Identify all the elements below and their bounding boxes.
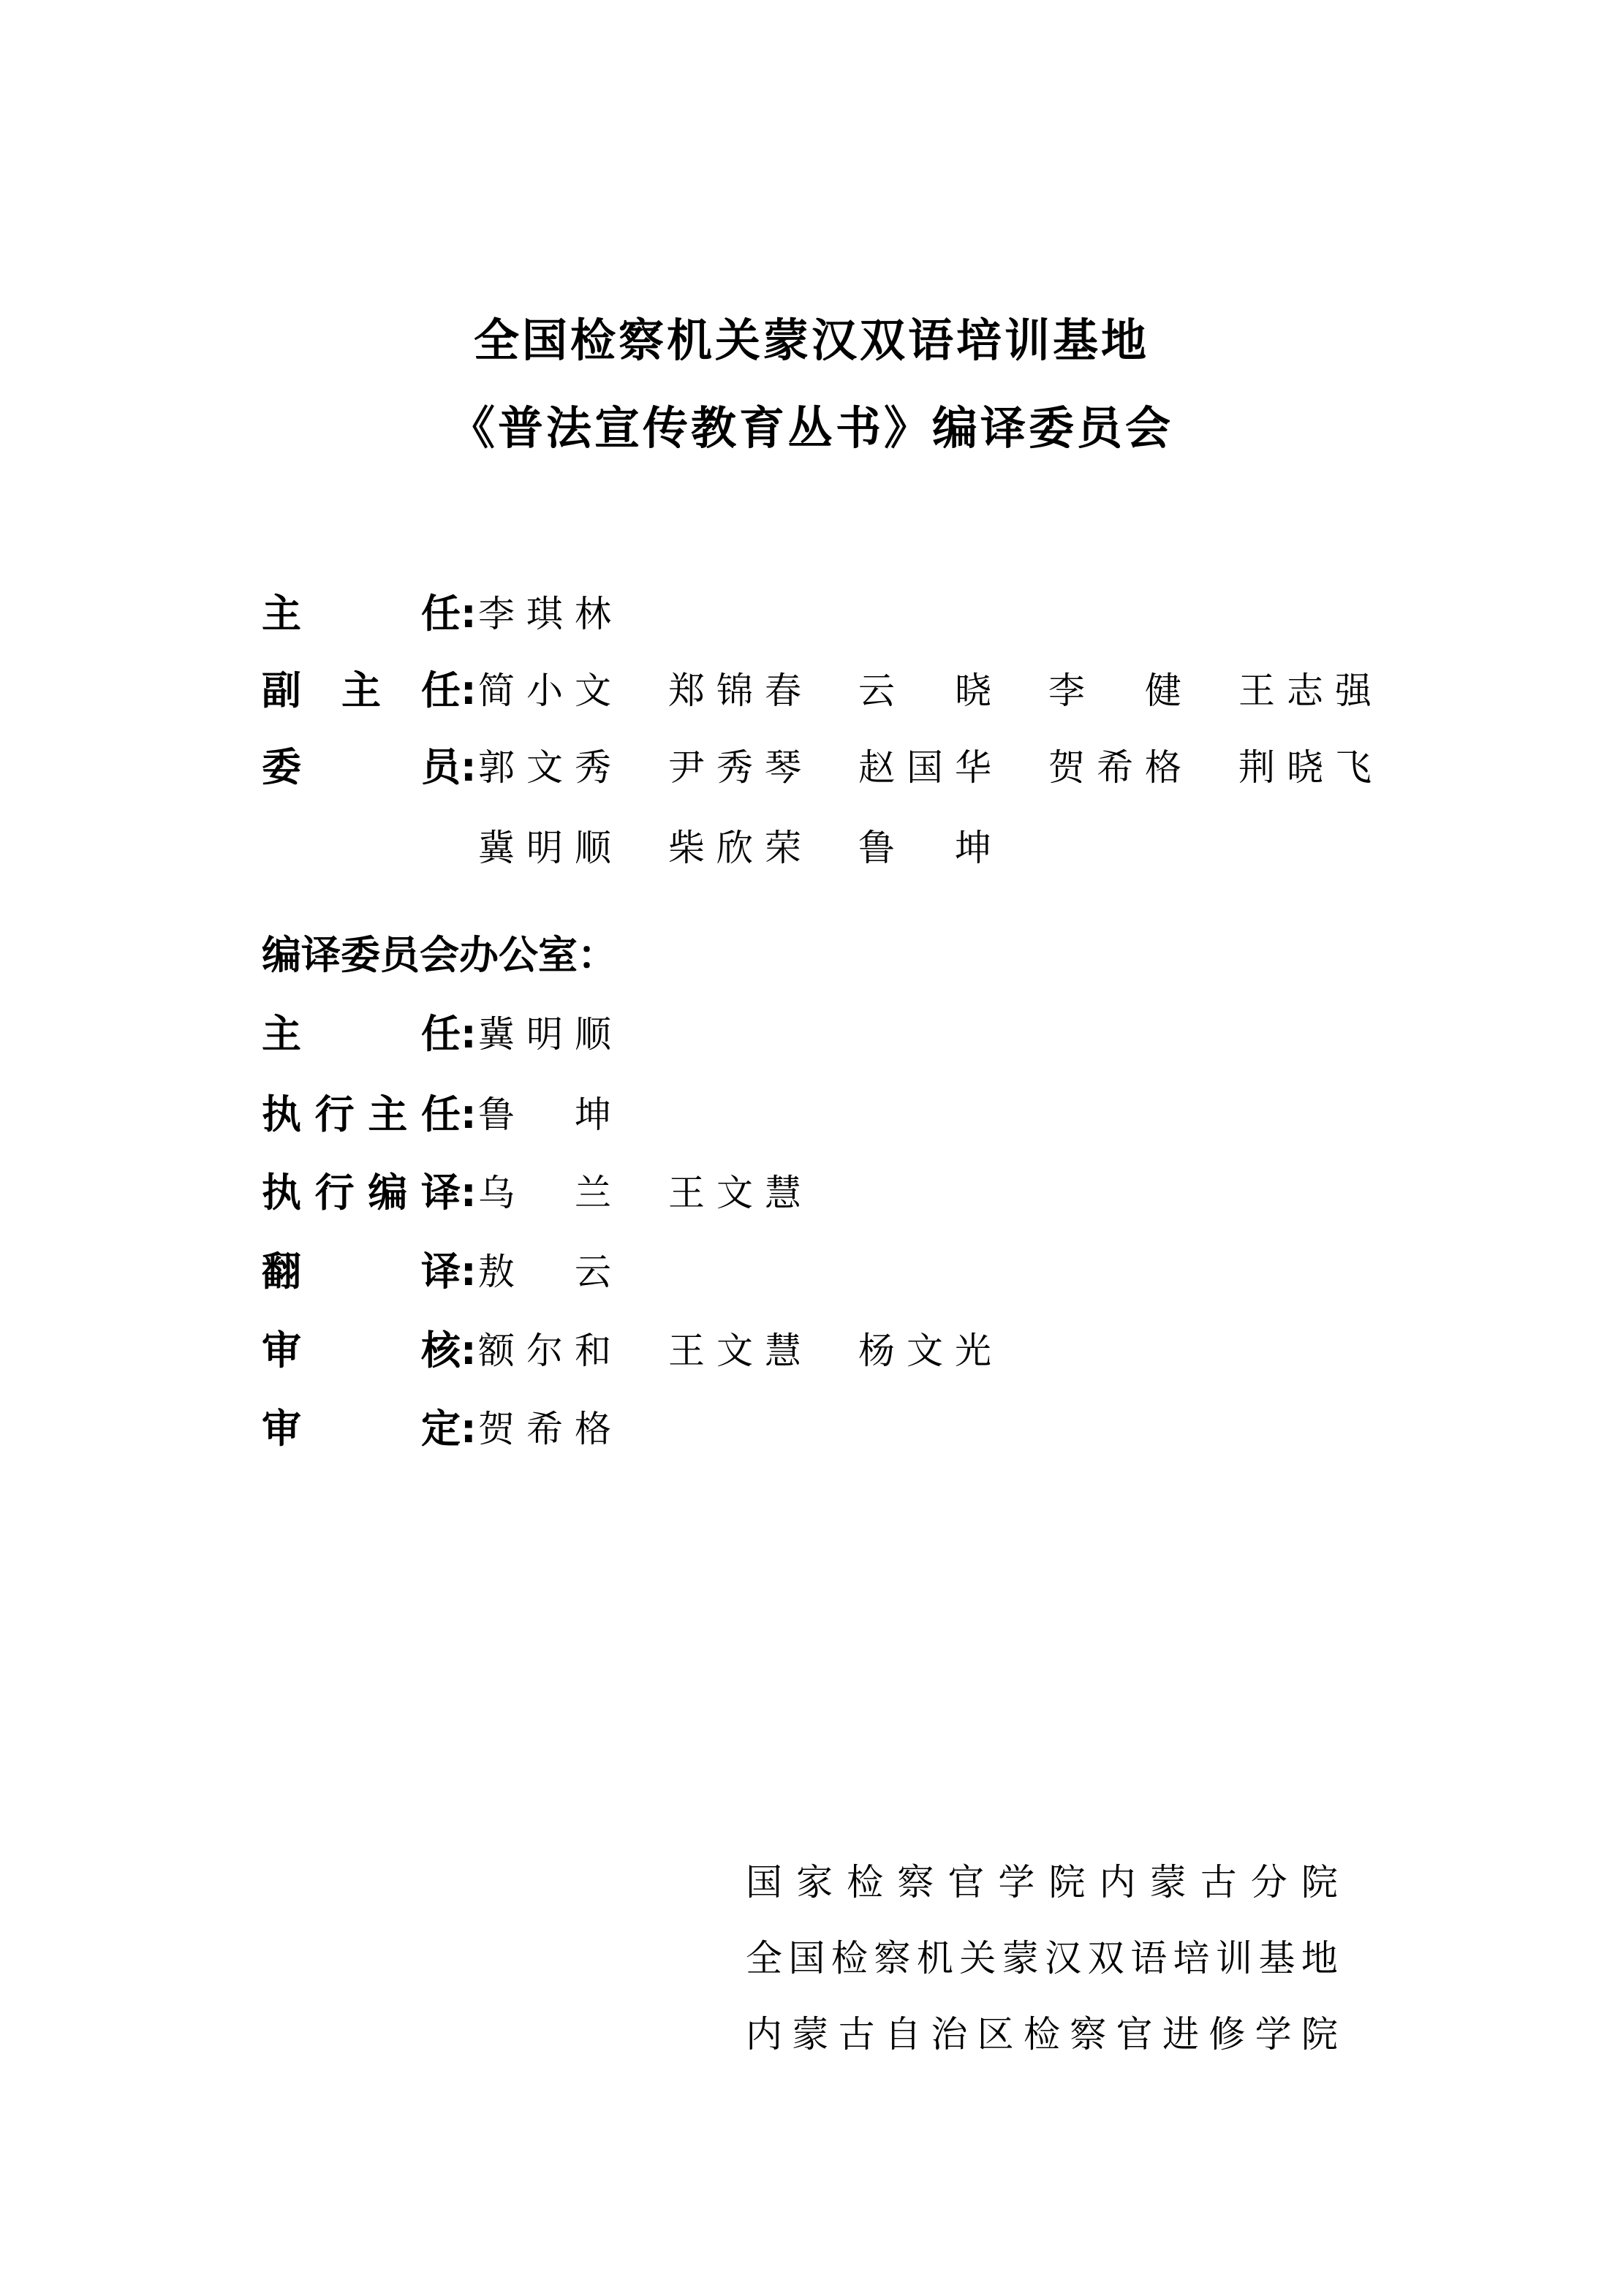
- name-char: 希: [526, 1411, 575, 1447]
- name-char: 文: [716, 1175, 765, 1211]
- name-char: 鲁: [858, 830, 907, 866]
- name-char: 国: [907, 749, 955, 786]
- role-label-char: 行: [315, 1095, 355, 1134]
- colon: :: [461, 1331, 478, 1371]
- role-label-char: 任: [421, 671, 461, 711]
- name-char: 鲁: [478, 1096, 526, 1133]
- name-list: 敖云: [478, 1254, 668, 1290]
- person-name: 王志强: [1238, 672, 1429, 709]
- name-char: 飞: [1335, 749, 1383, 786]
- person-name: 郑锦春: [668, 672, 858, 709]
- colon: :: [461, 748, 478, 787]
- role-label-char: 执: [262, 1095, 301, 1134]
- name-char: 郭: [478, 749, 526, 786]
- person-name: 乌兰: [478, 1175, 668, 1211]
- role-label-char: 委: [262, 748, 301, 787]
- name-char: 格: [1145, 749, 1193, 786]
- name-char: 李: [478, 596, 526, 632]
- publisher-char: 自: [885, 2016, 921, 2053]
- person-name: 荆晓飞: [1238, 749, 1429, 786]
- role-label-char: 员: [421, 748, 461, 787]
- publisher-char: 检: [847, 1864, 883, 1901]
- person-name: 尹秀琴: [668, 749, 858, 786]
- publisher-char: 院: [1048, 1864, 1085, 1901]
- publisher-char: 内: [1100, 1864, 1136, 1901]
- role-label: 委员: [262, 748, 461, 787]
- publisher-char: 院: [1301, 2016, 1338, 2053]
- role-label: 副主任: [262, 671, 461, 711]
- name-char: 兰: [575, 1175, 623, 1211]
- person-name: 杨文光: [858, 1333, 1048, 1369]
- role-label: 审定: [262, 1409, 461, 1449]
- publisher-char: 学: [1255, 2016, 1292, 2053]
- name-char: 冀: [478, 1016, 526, 1053]
- role-label-char: 编: [368, 1173, 407, 1213]
- publisher-char: 古: [839, 2016, 875, 2053]
- name-char: 锦: [716, 672, 765, 709]
- name-char: 欣: [716, 830, 765, 866]
- role-label-char: 翻: [262, 1252, 301, 1292]
- name-char: 小: [526, 672, 575, 709]
- name-list: 乌兰王文慧: [478, 1175, 858, 1211]
- name-char: 文: [716, 1333, 765, 1369]
- name-char: 荣: [765, 830, 813, 866]
- person-name: 柴欣荣: [668, 830, 858, 866]
- name-char: 赵: [858, 749, 907, 786]
- publisher-char: 培: [1173, 1940, 1210, 1977]
- publisher-char: 院: [1301, 1864, 1338, 1901]
- name-char: 敖: [478, 1254, 526, 1290]
- name-char: 冀: [478, 830, 526, 866]
- person-name: 简小文: [478, 672, 668, 709]
- person-name: 贺希格: [478, 1411, 668, 1447]
- name-char: 明: [526, 1016, 575, 1053]
- publisher-line: 国家检察官学院内蒙古分院: [746, 1864, 1338, 1901]
- role-label-char: 主: [368, 1095, 407, 1134]
- person-name: 云晓: [858, 672, 1048, 709]
- name-list: 额尔和王文慧杨文光: [478, 1333, 1048, 1369]
- name-list: 冀明顺柴欣荣鲁坤: [478, 830, 1048, 866]
- name-char: 云: [575, 1254, 623, 1290]
- publisher-char: 蒙: [792, 2016, 828, 2053]
- colon: :: [461, 1173, 478, 1213]
- name-char: 荆: [1238, 749, 1287, 786]
- credit-row: 冀明顺柴欣荣鲁坤: [262, 822, 1048, 874]
- role-label-char: 主: [262, 594, 301, 634]
- publisher-char: 蒙: [1002, 1940, 1039, 1977]
- person-name: 敖云: [478, 1254, 668, 1290]
- name-char: 坤: [575, 1096, 623, 1133]
- publisher-char: 关: [959, 1940, 996, 1977]
- name-char: 坤: [955, 830, 1003, 866]
- name-char: 健: [1145, 672, 1193, 709]
- publisher-char: 官: [947, 1864, 984, 1901]
- role-label: 执行主任: [262, 1095, 461, 1134]
- role-label-char: 主: [262, 1015, 301, 1054]
- role-label-char: 任: [421, 594, 461, 634]
- publisher-char: 家: [796, 1864, 833, 1901]
- name-char: 格: [575, 1411, 623, 1447]
- person-name: 郭文秀: [478, 749, 668, 786]
- name-char: 云: [858, 672, 907, 709]
- person-name: 王文慧: [668, 1333, 858, 1369]
- publisher-char: 蒙: [1150, 1864, 1187, 1901]
- colon: :: [461, 1095, 478, 1134]
- person-name: 李琪林: [478, 596, 668, 632]
- publisher-char: 察: [874, 1940, 910, 1977]
- role-label: 主任: [262, 594, 461, 634]
- name-char: 顺: [575, 1016, 623, 1053]
- name-char: 贺: [1048, 749, 1097, 786]
- colon: :: [461, 671, 478, 711]
- name-char: 顺: [575, 830, 623, 866]
- name-char: 希: [1097, 749, 1145, 786]
- role-label-char: 执: [262, 1173, 301, 1213]
- publisher-char: 机: [917, 1940, 953, 1977]
- publisher-char: 汉: [1045, 1940, 1081, 1977]
- role-label-char: 副: [262, 671, 301, 711]
- name-char: 林: [575, 596, 623, 632]
- publisher-char: 进: [1162, 2016, 1199, 2053]
- role-label-char: 主: [341, 671, 381, 711]
- name-char: 晓: [1287, 749, 1335, 786]
- role-label-char: 任: [421, 1095, 461, 1134]
- person-name: 冀明顺: [478, 830, 668, 866]
- name-char: 乌: [478, 1175, 526, 1211]
- name-char: 贺: [478, 1411, 526, 1447]
- credit-row: 审核:额尔和王文慧杨文光: [262, 1325, 1048, 1376]
- name-char: 李: [1048, 672, 1097, 709]
- credit-row: 翻译:敖云: [262, 1246, 668, 1297]
- role-label-char: 核: [421, 1331, 461, 1371]
- name-char: 琪: [526, 596, 575, 632]
- publisher-char: 治: [931, 2016, 967, 2053]
- name-list: 冀明顺: [478, 1016, 668, 1053]
- publisher-char: 双: [1088, 1940, 1124, 1977]
- role-label-char: 译: [421, 1252, 461, 1292]
- credit-row: 主任:冀明顺: [262, 1009, 668, 1060]
- publisher-char: 区: [977, 2016, 1014, 2053]
- publisher-char: 修: [1208, 2016, 1245, 2053]
- person-name: 鲁坤: [478, 1096, 668, 1133]
- name-list: 鲁坤: [478, 1096, 668, 1133]
- name-char: 秀: [716, 749, 765, 786]
- publisher-char: 察: [897, 1864, 934, 1901]
- credit-row: 副主任:简小文郑锦春云晓李健王志强: [262, 665, 1429, 716]
- publisher-char: 检: [831, 1940, 868, 1977]
- name-char: 王: [668, 1175, 716, 1211]
- name-char: 王: [668, 1333, 716, 1369]
- publisher-char: 分: [1251, 1864, 1287, 1901]
- name-char: 额: [478, 1333, 526, 1369]
- publisher-char: 语: [1130, 1940, 1167, 1977]
- publisher-char: 基: [1258, 1940, 1295, 1977]
- credit-row: 执行编译:乌兰王文慧: [262, 1167, 858, 1219]
- publisher-char: 全: [746, 1940, 782, 1977]
- name-char: 尹: [668, 749, 716, 786]
- title-line-1: 全国检察机关蒙汉双语培训基地: [0, 318, 1623, 363]
- name-char: 华: [955, 749, 1003, 786]
- colon: :: [461, 594, 478, 634]
- publisher-line: 内蒙古自治区检察官进修学院: [746, 2016, 1338, 2053]
- publisher-char: 检: [1024, 2016, 1060, 2053]
- role-label-char: 审: [262, 1409, 301, 1449]
- name-char: 简: [478, 672, 526, 709]
- publisher-char: 古: [1200, 1864, 1237, 1901]
- person-name: 鲁坤: [858, 830, 1048, 866]
- name-char: 光: [955, 1333, 1003, 1369]
- role-label-char: 行: [315, 1173, 355, 1213]
- role-label: 审核: [262, 1331, 461, 1371]
- colon: :: [461, 1252, 478, 1292]
- name-char: 秀: [575, 749, 623, 786]
- publisher-char: 官: [1116, 2016, 1153, 2053]
- publisher-char: 国: [746, 1864, 782, 1901]
- person-name: 王文慧: [668, 1175, 858, 1211]
- name-list: 李琪林: [478, 596, 668, 632]
- credit-row: 委员:郭文秀尹秀琴赵国华贺希格荆晓飞: [262, 742, 1429, 793]
- colon: :: [461, 1409, 478, 1449]
- role-label: 主任: [262, 1015, 461, 1054]
- role-label-char: 任: [421, 1015, 461, 1054]
- publisher-char: 国: [788, 1940, 825, 1977]
- person-name: 李健: [1048, 672, 1238, 709]
- name-char: 晓: [955, 672, 1003, 709]
- name-char: 慧: [765, 1175, 813, 1211]
- publisher-line: 全国检察机关蒙汉双语培训基地: [746, 1940, 1338, 1977]
- name-char: 文: [907, 1333, 955, 1369]
- name-char: 郑: [668, 672, 716, 709]
- publisher-char: 察: [1070, 2016, 1106, 2053]
- name-char: 文: [575, 672, 623, 709]
- role-label: 翻译: [262, 1252, 461, 1292]
- name-char: 明: [526, 830, 575, 866]
- name-char: 琴: [765, 749, 813, 786]
- name-char: 和: [575, 1333, 623, 1369]
- name-char: 志: [1287, 672, 1335, 709]
- role-label: 执行编译: [262, 1173, 461, 1213]
- name-char: 柴: [668, 830, 716, 866]
- role-label-char: 定: [421, 1409, 461, 1449]
- credit-row: 主任:李琪林: [262, 588, 668, 640]
- publisher-char: 训: [1216, 1940, 1252, 1977]
- publisher-char: 内: [746, 2016, 782, 2053]
- role-label-char: 审: [262, 1331, 301, 1371]
- name-char: 慧: [765, 1333, 813, 1369]
- title-line-2: 《普法宣传教育丛书》编译委员会: [0, 406, 1623, 451]
- publisher-char: 地: [1301, 1940, 1338, 1977]
- name-char: 杨: [858, 1333, 907, 1369]
- colon: :: [461, 1015, 478, 1054]
- person-name: 赵国华: [858, 749, 1048, 786]
- name-char: 文: [526, 749, 575, 786]
- name-char: 尔: [526, 1333, 575, 1369]
- name-list: 郭文秀尹秀琴赵国华贺希格荆晓飞: [478, 749, 1429, 786]
- credits-page: 全国检察机关蒙汉双语培训基地 《普法宣传教育丛书》编译委员会 主任:李琪林副主任…: [0, 0, 1623, 2296]
- person-name: 贺希格: [1048, 749, 1238, 786]
- name-list: 简小文郑锦春云晓李健王志强: [478, 672, 1429, 709]
- person-name: 冀明顺: [478, 1016, 668, 1053]
- credit-row: 执行主任:鲁坤: [262, 1089, 668, 1140]
- name-list: 贺希格: [478, 1411, 668, 1447]
- publisher-char: 学: [998, 1864, 1034, 1901]
- name-char: 强: [1335, 672, 1383, 709]
- name-char: 王: [1238, 672, 1287, 709]
- person-name: 额尔和: [478, 1333, 668, 1369]
- role-label-char: 译: [421, 1173, 461, 1213]
- office-heading: 编译委员会办公室：: [262, 936, 617, 975]
- name-char: 春: [765, 672, 813, 709]
- credit-row: 审定:贺希格: [262, 1403, 668, 1455]
